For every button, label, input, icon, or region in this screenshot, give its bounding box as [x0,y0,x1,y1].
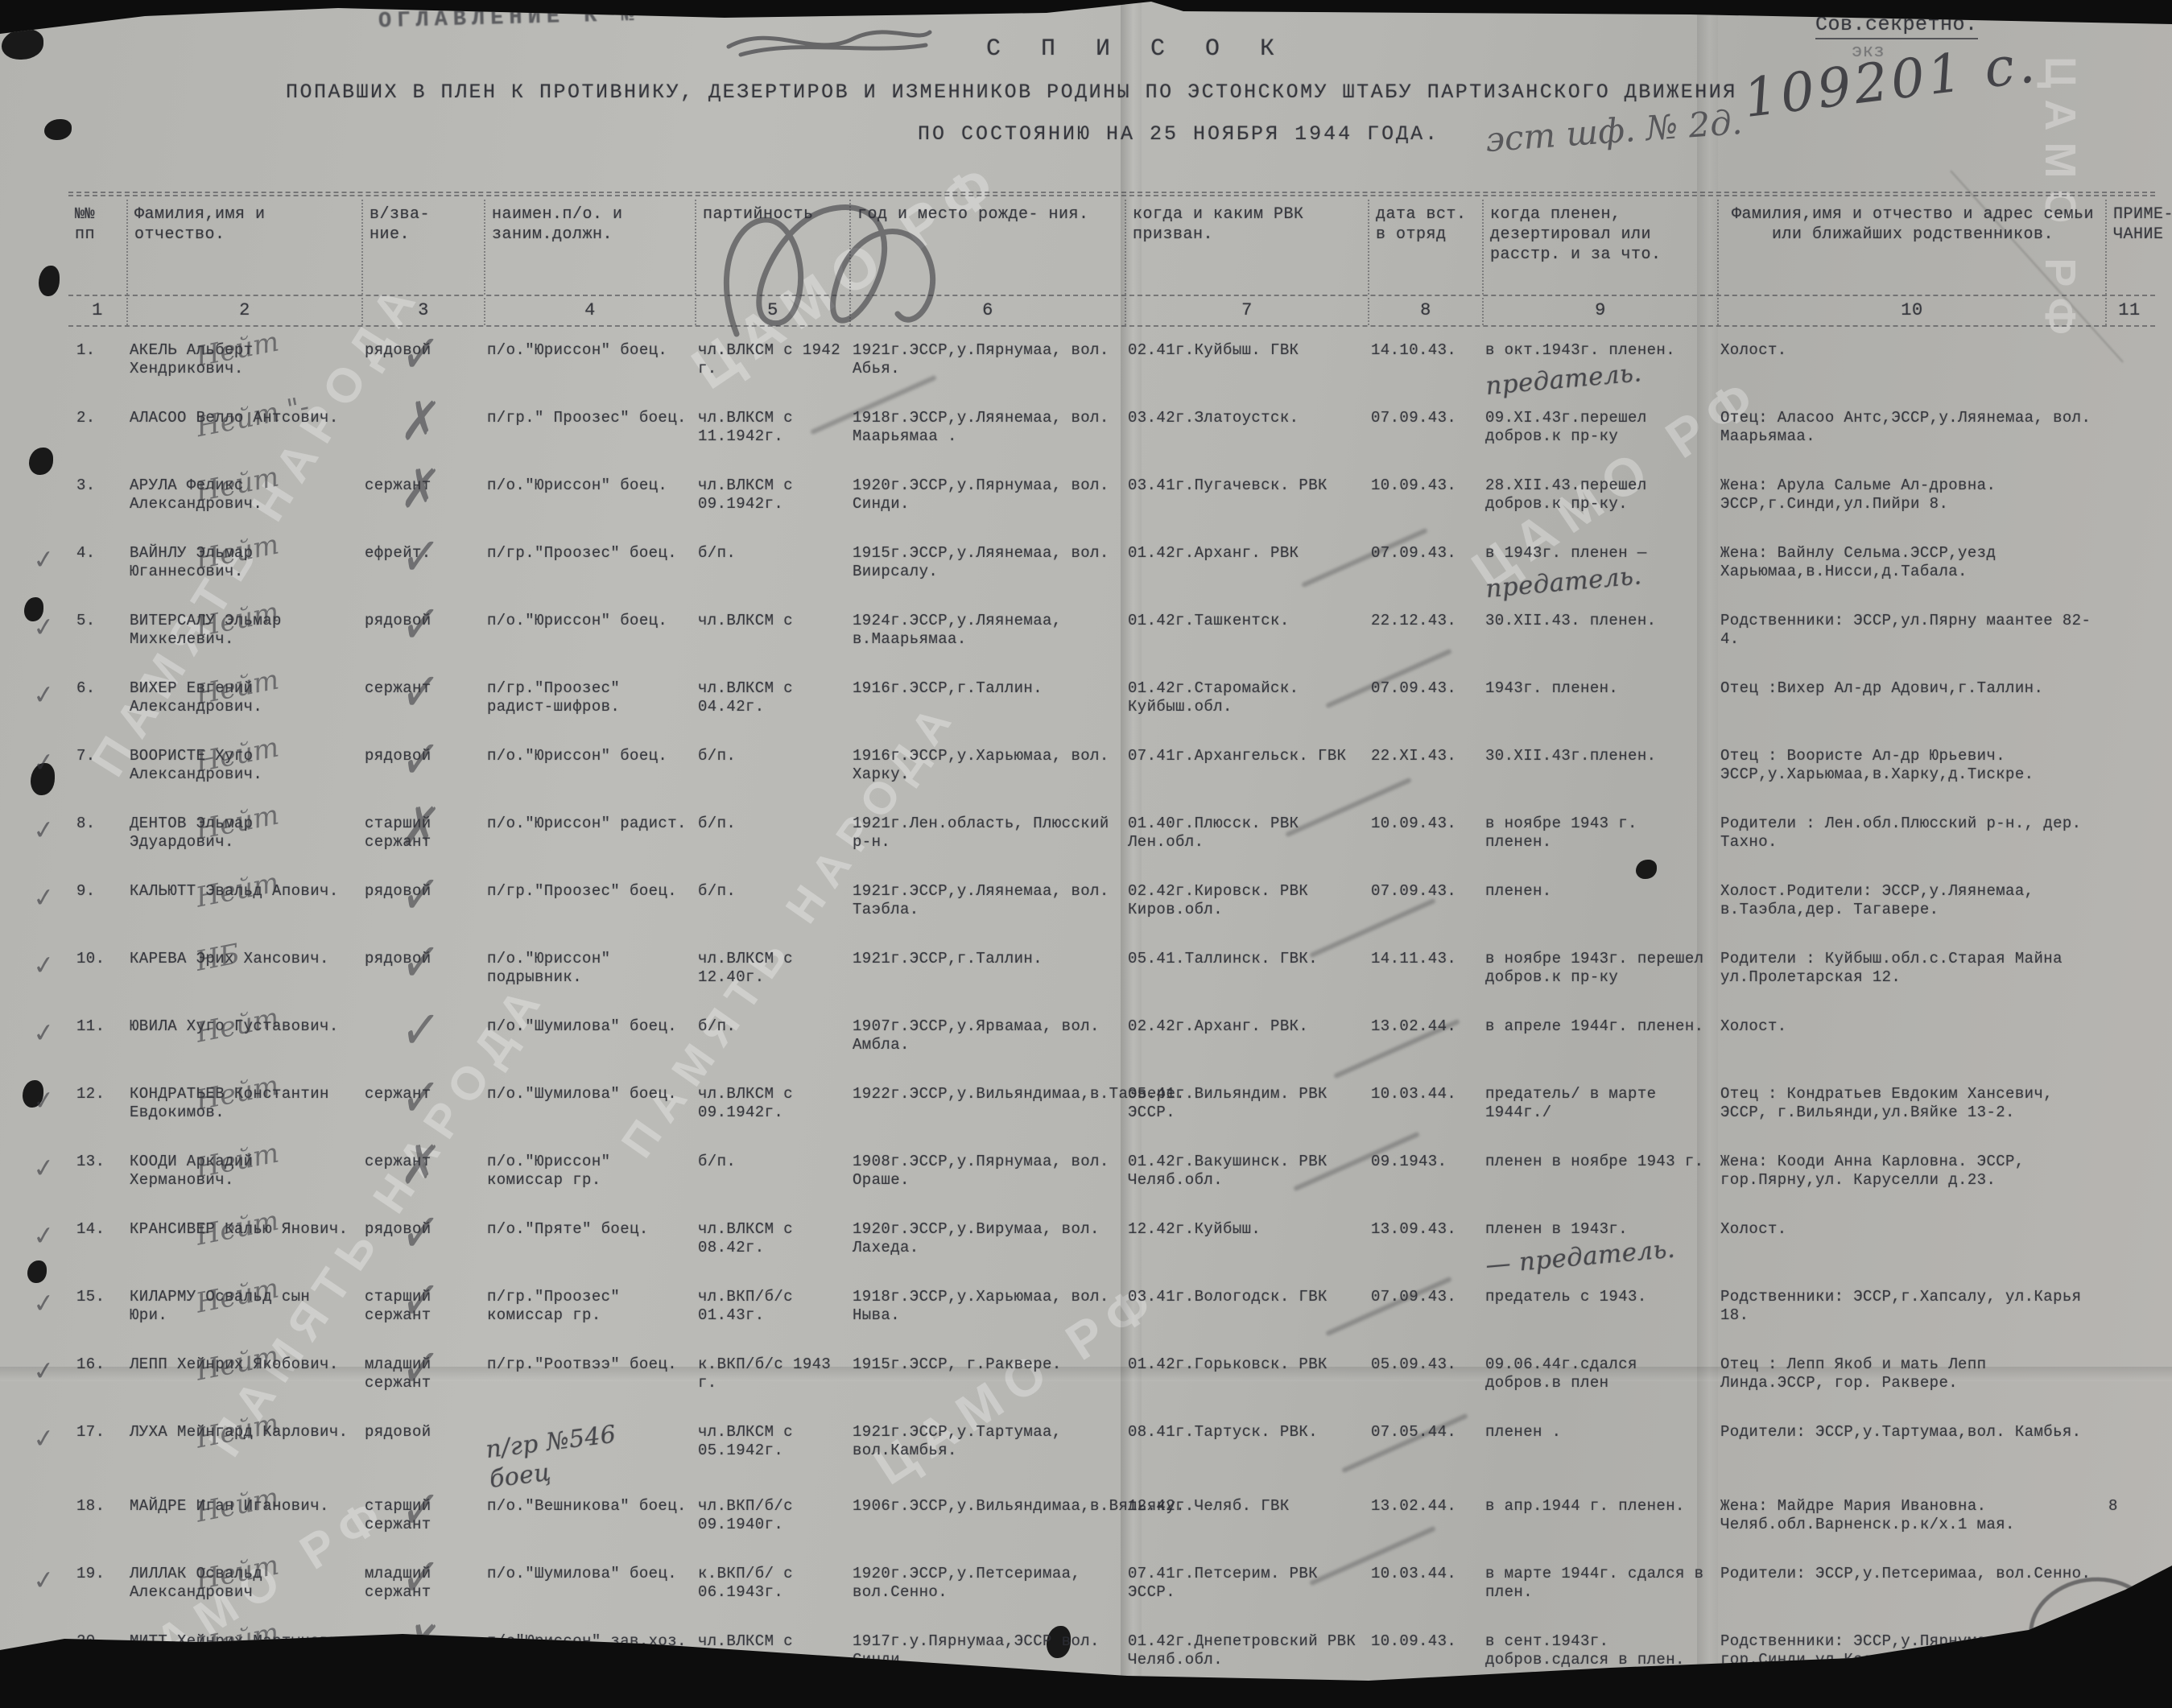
cell-joined: 22.12.43. [1368,612,1482,665]
cell-born: 1920г.ЭССР,у.Петсеримаа, вол.Сенно. [849,1565,1125,1618]
cell-drafted: 01.42г.Старомайск. Куйбыш.обл. [1125,679,1368,732]
cell-party: б/п. [695,544,849,597]
cell-unit: п/о."Вешникова" боец. [484,1497,695,1550]
cell-drafted: 01.42г.Горьковск. РВК [1125,1355,1368,1409]
cell-num: 8. [68,815,126,868]
margin-check-mark: ✓ [31,1219,56,1252]
cell-drafted: 01.42г.Днепетровский РВК Челяб.обл. [1125,1632,1368,1685]
ink-blot [27,1260,47,1283]
handwritten-traitor-note: предатель. [1484,555,1710,605]
ink-blot [44,119,72,140]
cell-party: к.ВКП/б/с 1943 г. [695,1355,849,1409]
cell-joined: 13.09.43. [1368,1220,1482,1273]
cell-family: Родители : Куйбыш.обл.с.Старая Майна ул.… [1717,950,2105,1003]
column-header: когда и каким РВК призван. [1125,200,1368,295]
cell-party: б/п. [695,815,849,868]
cell-num: 10. [68,950,126,1003]
column-number: 11 [2105,298,2152,325]
cell-drafted: 02.41г.Куйбыш. ГВК [1125,341,1368,394]
margin-check-mark: ✓ [31,881,56,914]
cell-born: 1915г.ЭССР,у.Ляянемаа, вол. Виирсалу. [849,544,1125,597]
cell-fate: 30.XII.43. пленен. [1482,612,1717,665]
cell-born: 1921г.ЭССР,у.Пярнумаа, вол. Абья. [849,341,1125,394]
cell-party: чл.ВКП/б/с 09.1940г. [695,1497,849,1550]
cell-family: Холост.Родители: ЭССР,у.Ляянемаа, в.Таэб… [1717,882,2105,935]
cell-joined: 14.11.43. [1368,950,1482,1003]
pencil-check-mark: ✗ [398,387,443,456]
cell-drafted: 03.42г.Златоустск. [1125,409,1368,462]
cell-joined: 07.05.44. [1368,1423,1482,1483]
cell-drafted: 02.42г.Арханг. РВК. [1125,1017,1368,1071]
cell-born: 1916г.ЭССР,у.Харьюмаа, вол. Харку. [849,747,1125,800]
cell-fate: в апреле 1944г. пленен. [1482,1017,1717,1071]
cell-family: Отец: Аласоо Антс,ЭССР,у.Ляянемаа, вол. … [1717,409,2105,462]
handwritten-traitor-note: предатель. [1484,352,1710,402]
cell-joined: 07.09.43. [1368,679,1482,732]
cell-joined: 10.09.43. [1368,477,1482,530]
cell-unit: п/о."Юриссон" боец. [484,612,695,665]
margin-check-mark: ✓ [31,1354,56,1387]
table-row: 7.ВООРИСТЕ Хуго Александрович.рядовойп/о… [68,747,2155,800]
cell-note [2105,1220,2152,1273]
pencil-check-mark: ✓ [398,590,443,659]
cell-unit: п/о."Шумилова" боец. [484,1085,695,1138]
cell-joined: 10.09.43. [1368,1632,1482,1685]
cell-note [2105,815,2152,868]
personnel-table: №№ пп Фамилия,имя и отчество. в/зва- ние… [68,192,2155,1700]
cell-family: Родители: ЭССР,у.Тартумаа,вол. Камбья. [1717,1423,2105,1483]
cell-fate: 28.XII.43.перешел добров.к пр-ку. [1482,477,1717,530]
cell-family: Холост. [1717,341,2105,394]
cell-fate: в окт.1943г. пленен.предатель. [1482,341,1717,394]
cell-drafted: 07.41г.Архангельск. ГВК [1125,747,1368,800]
cell-family: Жена: Майдре Мария Ивановна. Челяб.обл.В… [1717,1497,2105,1550]
table-row: 9.КАЛЬЮТТ Эвальд Апович.рядовойп/гр."Про… [68,882,2155,935]
cell-unit: п/о."Юриссон" радист. [484,815,695,868]
cell-fate: 09.XI.43г.перешел добров.к пр-ку [1482,409,1717,462]
cell-drafted: 03.41г.Вологодск. ГВК [1125,1288,1368,1341]
cell-joined: 13.02.44. [1368,1497,1482,1550]
column-number: 6 [849,298,1125,325]
cell-born: 1916г.ЭССР,г.Таллин. [849,679,1125,732]
cell-num: 9. [68,882,126,935]
cell-family: Родители: ЭССР,у.Петсеримаа, вол.Сенно. [1717,1565,2105,1618]
table-row: 16.ЛЕПП Хейнрих Якобович.младший сержант… [68,1355,2155,1409]
cell-drafted: 03.41г.Пугачевск. РВК [1125,477,1368,530]
cell-family: Родственники: ЭССР,у.Пярнумаа, гор.Синди… [1717,1632,2105,1685]
cell-family: Отец : Воористе Ал-др Юрьевич. ЭССР,у.Ха… [1717,747,2105,800]
cell-unit: п/гр."Проозес" боец. [484,882,695,935]
cell-unit: п/о."Юриссон" боец. [484,341,695,394]
pencil-check-mark: ✗ [398,1131,443,1200]
cell-num: 17. [68,1423,126,1483]
table-row: 19.ЛИЛЛАК Освальд Александровичмладший с… [68,1565,2155,1618]
margin-check-mark: ✓ [31,948,56,981]
column-number: 7 [1125,298,1368,325]
cell-born: 1924г.ЭССР,у.Ляянемаа, в.Маарьямаа. [849,612,1125,665]
cell-unit: п/о"Юриссон" зав.хоз. [484,1632,695,1685]
cell-fate: пленен . [1482,1423,1717,1483]
margin-check-mark: ✓ [31,1421,56,1454]
cell-party: чл.ВЛКСМ с 09.1942г. [695,477,849,530]
ink-blot [39,266,60,296]
cell-family: Родственники: ЭССР,ул.Пярну маантее 82-4… [1717,612,2105,665]
page-title: С П И С О К [986,35,1287,63]
pencil-check-mark: ✓ [398,928,443,997]
cell-note [2105,1153,2152,1206]
cell-born: 1915г.ЭССР, г.Раквере. [849,1355,1125,1409]
cell-note [2105,612,2152,665]
cell-fate: 09.06.44г.сдался добров.в плен [1482,1355,1717,1409]
cell-note [2105,1085,2152,1138]
column-header: когда пленен, дезертировал или расстр. и… [1482,200,1717,295]
cell-family: Холост. [1717,1017,2105,1071]
column-header: год и место рожде- ния. [849,200,1125,295]
cell-joined: 07.09.43. [1368,1288,1482,1341]
header-stamp: ОГЛАВЛЕНИЕ К № [378,3,641,34]
cell-drafted: 05.41.Таллинск. ГВК. [1125,950,1368,1003]
table-row: 2.АЛАСОО Велло Антсович.п/гр." Проозес" … [68,409,2155,462]
cell-born: 1920г.ЭССР,у.Вирумаа, вол. Лахеда. [849,1220,1125,1273]
cell-num: 4. [68,544,126,597]
table-row: 17.ЛУХА Мейнгард Карлович.рядовойп/гр №5… [68,1423,2155,1483]
cell-unit: п/гр."Проозес" боец. [484,544,695,597]
cell-num: 5. [68,612,126,665]
cell-fate: в марте 1944г. сдался в плен. [1482,1565,1717,1618]
cell-joined: 14.10.43. [1368,341,1482,394]
cell-fate: в ноябре 1943г. перешел добров.к пр-ку [1482,950,1717,1003]
cell-party: чл.ВЛКСМ с 09.1942г. [695,1085,849,1138]
table-rule [68,195,2155,198]
handwritten-traitor-note: — предатель. [1484,1231,1710,1281]
cell-unit: п/о."Шумилова" боец. [484,1565,695,1618]
table-row: 1.АКЕЛЬ Альберт Хендрикович.рядовойп/о."… [68,341,2155,394]
document-subtitle-line1: ПОПАВШИХ В ПЛЕН К ПРОТИВНИКУ, ДЕЗЕРТИРОВ… [286,80,1737,104]
cell-born: 1921г.ЭССР,у.Ляянемаа, вол. Таэбла. [849,882,1125,935]
margin-check-mark: ✓ [31,1151,56,1184]
cell-note [2105,1288,2152,1341]
cell-note [2105,544,2152,597]
table-row: 13.КООДИ Аркадий Херманович.сержантп/о."… [68,1153,2155,1206]
cell-born: 1908г.ЭССР,у.Пярнумаа, вол. Ораше. [849,1153,1125,1206]
margin-check-mark: ✓ [31,1083,56,1116]
cell-num: 18. [68,1497,126,1550]
cell-fate: в сент.1943г. добров.сдался в плен. [1482,1632,1717,1685]
cell-note [2105,950,2152,1003]
cell-num: 2. [68,409,126,462]
cell-note [2105,882,2152,935]
cell-drafted: 08.41г.Тартуск. РВК. [1125,1423,1368,1483]
cell-num: 15. [68,1288,126,1341]
cell-note [2105,1565,2152,1618]
cell-note [2105,409,2152,462]
cell-born: 1921г.ЭССР,у.Тартумаа, вол.Камбья. [849,1423,1125,1483]
column-header: дата вст. в отряд [1368,200,1482,295]
cell-joined: 07.09.43. [1368,409,1482,462]
stamp-strike-scribble [725,14,934,63]
table-row: 8.ДЕНТОВ Эльмар Эдуардович.старший сержа… [68,815,2155,868]
cell-family: Родители : Лен.обл.Плюсский р-н., дер. Т… [1717,815,2105,868]
pencil-check-mark: ✓ [398,725,443,794]
cell-born: 1918г.ЭССР,у.Ляянемаа, вол. Маарьямаа . [849,409,1125,462]
handwritten-registration-number: 109201 с. [1740,32,2042,130]
cell-party: чл.ВЛКСМ с 04.42г. [695,679,849,732]
cell-born: 1921г.ЭССР,г.Таллин. [849,950,1125,1003]
ink-blot [29,448,53,475]
table-row: 15.КИЛАРМУ Освальд сын Юри.старший сержа… [68,1288,2155,1341]
cell-party: чл.ВЛКСМ с [695,612,849,665]
handwritten-unit-note: п/гр №546 боец [484,1411,689,1495]
column-number: 4 [484,298,695,325]
cell-name: КАРЕВА Эрих Хансович. [126,950,361,1003]
document-scan: ПАМЯТЬ НАРОДА ЦАМО РФ ЦАМО РФ ЦАМО РФ ПА… [0,0,2172,1708]
cell-drafted: 01.42г.Вакушинск. РВК Челяб.обл. [1125,1153,1368,1206]
table-row: 4.ВАЙНЛУ Эльмар Юганнесович.ефрейт.п/гр.… [68,544,2155,597]
cell-family: Холост. [1717,1220,2105,1273]
cell-num: 11. [68,1017,126,1071]
cell-family: Отец : Кондратьев Евдоким Хансевич, ЭССР… [1717,1085,2105,1138]
column-number: 3 [361,298,484,325]
pencil-check-mark: ✗ [398,793,443,862]
margin-check-mark: ✓ [31,813,56,846]
cell-num: 1. [68,341,126,394]
cell-num: 13. [68,1153,126,1206]
cell-born: 1922г.ЭССР,у.Вильяндимаа,в.Таэвере. [849,1085,1125,1138]
cell-num: 14. [68,1220,126,1273]
cell-fate: 1943г. пленен. [1482,679,1717,732]
cell-fate: в 1943г. пленен —предатель. [1482,544,1717,597]
cell-rank: рядовой [361,1423,484,1483]
table-row: 18.МАЙДРЕ Иган Иганович.старший сержантп… [68,1497,2155,1550]
handwritten-neit-annotation: Нейт [193,1616,282,1664]
column-number: 2 [126,298,361,325]
cell-unit: п/гр №546 боец [484,1423,695,1483]
cell-family: Жена: Кооди Анна Карловна. ЭССР, гор.Пяр… [1717,1153,2105,1206]
cell-fate: 30.XII.43г.пленен. [1482,747,1717,800]
pencil-check-mark: ✓ [398,860,443,930]
pencil-check-mark: ✓ [398,1198,443,1268]
cell-num: 20. [68,1632,126,1685]
cell-fate: в апр.1944 г. пленен. [1482,1497,1717,1550]
pencil-check-mark: ✓ [398,1266,443,1335]
table-row: 6.ВИХЕР Евгений Александрович.сержантп/г… [68,679,2155,732]
column-number: 10 [1717,298,2105,325]
cell-drafted: 02.42г.Кировск. РВК Киров.обл. [1125,882,1368,935]
pencil-check-mark: ✗ [398,455,443,524]
cell-born: 1918г.ЭССР,у.Харьюмаа, вол. Ныва. [849,1288,1125,1341]
column-header: партийность [695,200,849,295]
pencil-check-mark: ✓ [398,658,443,727]
pencil-check-mark: ✓ [398,1544,443,1613]
cell-note [2105,1017,2152,1071]
cell-party: б/п. [695,1153,849,1206]
cell-family: Отец :Вихер Ал-др Адович,г.Таллин. [1717,679,2105,732]
column-header: Фамилия,имя и отчество и адрес семьи или… [1717,200,2105,295]
document-subtitle-line2: ПО СОСТОЯНИЮ НА 25 НОЯБРЯ 1944 ГОДА. [918,122,1439,146]
table-row: 20.МИТТ Хейнрих Мартыновичсержантп/о"Юри… [68,1632,2155,1685]
column-header: №№ пп [68,200,126,295]
pencil-check-mark: ✓ [398,996,443,1065]
cell-fate: в ноябре 1943 г. пленен. [1482,815,1717,868]
table-row: 10.КАРЕВА Эрих Хансович.рядовойп/о."Юрис… [68,950,2155,1003]
cell-note [2105,747,2152,800]
cell-unit: п/гр."Проозес" комиссар гр. [484,1288,695,1341]
pencil-check-mark: ✓ [398,1063,443,1132]
cell-born: 1917г.у.Пярнумаа,ЭССР вол. Синди. [849,1632,1125,1685]
margin-check-mark: ✓ [31,1286,56,1319]
cell-unit: п/гр." Проозес" боец. [484,409,695,462]
cell-note [2105,1355,2152,1409]
pencil-check-mark: ✓ [398,1476,443,1545]
cell-fate: пленен в 1943г.— предатель. [1482,1220,1717,1273]
cell-drafted: 07.41г.Петсерим. РВК ЭССР. [1125,1565,1368,1618]
cell-note [2105,1632,2152,1685]
cell-note [2105,1423,2152,1483]
cell-joined: 10.09.43. [1368,815,1482,868]
cell-note: 8 [2105,1497,2152,1550]
cell-joined: 05.09.43. [1368,1355,1482,1409]
cell-born: 1921г.Лен.область, Плюсский р-н. [849,815,1125,868]
cell-joined: 09.1943. [1368,1153,1482,1206]
table-row: 14.КРАНСИВЕР Калью Янович.рядовойп/о."Пр… [68,1220,2155,1273]
cell-drafted: 12.42г.Челяб. ГВК [1125,1497,1368,1550]
cell-unit: п/о."Юриссон" боец. [484,477,695,530]
cell-party: чл.ВЛКСМ с 1942 г. [695,341,849,394]
classification-stamp: Сов.секретно. [1815,13,1978,39]
cell-note [2105,341,2152,394]
ink-blot [2,29,43,60]
cell-joined: 10.03.44. [1368,1565,1482,1618]
cell-party: чл.ВЛКСМ с 11.1942г. [695,409,849,462]
cell-born: 1906г.ЭССР,у.Вильяндимаа,в.Вяльяку. [849,1497,1125,1550]
cell-num: 6. [68,679,126,732]
cell-party: б/п. [695,882,849,935]
cell-family: Жена: Арула Сальме Ал-дровна. ЭССР,г.Син… [1717,477,2105,530]
cell-party: чл.ВЛКСМ с 12.40г. [695,950,849,1003]
margin-check-mark: ✓ [31,610,56,643]
cell-family: Жена: Вайнлу Сельма.ЭССР,уезд Харьюмаа,в… [1717,544,2105,597]
paper: ПАМЯТЬ НАРОДА ЦАМО РФ ЦАМО РФ ЦАМО РФ ПА… [0,0,2172,1708]
cell-unit: п/о."Юриссон" комиссар гр. [484,1153,695,1206]
cell-num: 7. [68,747,126,800]
cell-drafted: 01.40г.Плюсск. РВК Лен.обл. [1125,815,1368,868]
cell-born: 1907г.ЭССР,у.Ярвамаа, вол. Амбла. [849,1017,1125,1071]
cell-party: чл.ВЛКСМ с 05.1942г. [695,1423,849,1483]
cell-party: б/п. [695,1017,849,1071]
cell-party: к.ВКП/б/ с 06.1943г. [695,1565,849,1618]
cell-family: Отец : Лепп Якоб и мать Лепп Линда.ЭССР,… [1717,1355,2105,1409]
cell-party: чл.ВЛКСМ с 08.42г. [695,1220,849,1273]
cell-born: 1920г.ЭССР,у.Пярнумаа, вол. Синди. [849,477,1125,530]
cell-unit: п/о."Юриссон" боец. [484,747,695,800]
pencil-check-mark: ✗ [398,1611,443,1681]
column-number: 8 [1368,298,1482,325]
table-body: 1.АКЕЛЬ Альберт Хендрикович.рядовойп/о."… [68,328,2155,1685]
column-header: Фамилия,имя и отчество. [126,200,361,295]
pencil-check-mark: ✓ [398,320,443,389]
column-number: 9 [1482,298,1717,325]
table-row: 11.ЮВИЛА Хуго Густавович.п/о."Шумилова" … [68,1017,2155,1071]
pencil-check-mark: ✓ [398,1334,443,1403]
column-header: ПРИМЕ- ЧАНИЕ [2105,200,2152,295]
margin-check-mark: ✓ [31,1564,56,1597]
cell-fate: пленен. [1482,882,1717,935]
cell-party: б/п. [695,747,849,800]
table-header-row: №№ пп Фамилия,имя и отчество. в/зва- ние… [68,200,2155,295]
cell-num: 19. [68,1565,126,1618]
cell-num: 3. [68,477,126,530]
cell-unit: п/о."Пряте" боец. [484,1220,695,1273]
cell-unit: п/гр."Роотвээ" боец. [484,1355,695,1409]
table-row: 12.КОНДРАТЬЕВ Константин Евдокимов.сержа… [68,1085,2155,1138]
column-number: 5 [695,298,849,325]
cell-party: чл.ВКП/б/с 01.43г. [695,1288,849,1341]
cell-drafted: 05.41г.Вильяндим. РВК ЭССР. [1125,1085,1368,1138]
cell-num: 12. [68,1085,126,1138]
cell-note [2105,477,2152,530]
cell-note [2105,679,2152,732]
margin-check-mark: ✓ [31,678,56,711]
table-row: 3.АРУЛА Феликс Александрович.сержантп/о.… [68,477,2155,530]
cell-unit: п/гр."Проозес" радист-шифров. [484,679,695,732]
cell-family: Родственники: ЭССР,г.Хапсалу, ул.Карья 1… [1717,1288,2105,1341]
cell-joined: 22.XI.43. [1368,747,1482,800]
pencil-check-mark: ✓ [398,522,443,592]
cell-drafted: 01.42г.Арханг. РВК [1125,544,1368,597]
column-number: 1 [68,298,126,325]
table-row: 5.ВИТЕРСАЛУ Эльмар Михкелевич.рядовойп/о… [68,612,2155,665]
cell-joined: 10.03.44. [1368,1085,1482,1138]
cell-unit: п/о."Шумилова" боец. [484,1017,695,1071]
margin-check-mark: ✓ [31,745,56,778]
cell-num: 16. [68,1355,126,1409]
cell-drafted: 01.42г.Ташкентск. [1125,612,1368,665]
cell-unit: п/о."Юриссон" подрывник. [484,950,695,1003]
cell-party: чл.ВЛКСМ с 1941г. [695,1632,849,1685]
margin-check-mark: ✓ [31,1016,56,1049]
cell-joined: 07.09.43. [1368,544,1482,597]
cell-fate: предатель/ в марте 1944г./ [1482,1085,1717,1138]
cell-joined: 07.09.43. [1368,882,1482,935]
column-header: в/зва- ние. [361,200,484,295]
column-header: наимен.п/о. и заним.должн. [484,200,695,295]
cell-joined: 13.02.44. [1368,1017,1482,1071]
margin-check-mark: ✓ [31,543,56,576]
cell-fate: пленен в ноябре 1943 г. [1482,1153,1717,1206]
cell-rank: сержант [361,1632,484,1685]
cell-fate: предатель с 1943. [1482,1288,1717,1341]
cell-drafted: 12.42г.Куйбыш. [1125,1220,1368,1273]
column-number-row: 1 2 3 4 5 6 7 8 9 10 11 [68,298,2155,325]
